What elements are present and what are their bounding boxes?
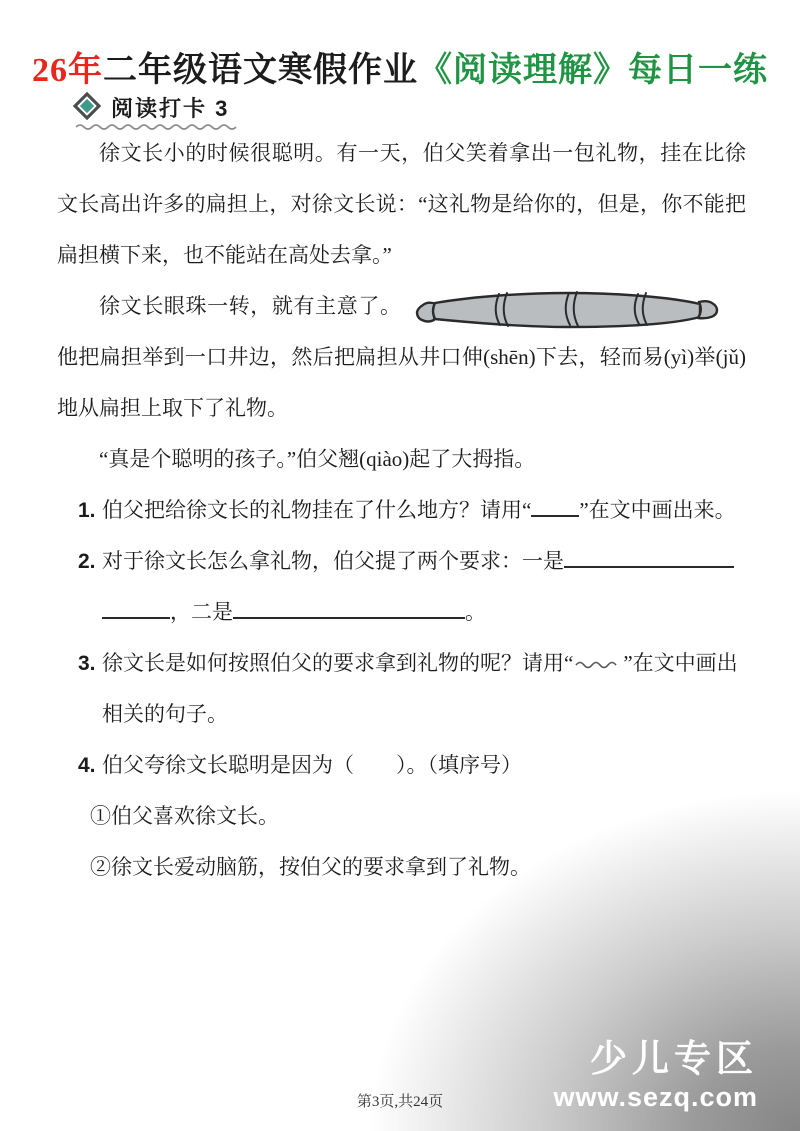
question-2-blank-3 bbox=[233, 595, 465, 619]
question-2: 2.对于徐文长怎么拿礼物，伯父提了两个要求：一是，二是。 bbox=[57, 536, 746, 638]
question-4-option-2: ②徐文长爱动脑筋，按伯父的要求拿到了礼物。 bbox=[90, 842, 746, 893]
question-2-text-end: 。 bbox=[465, 600, 486, 624]
question-1-blank-line bbox=[531, 493, 579, 517]
question-2-text-mid: ，二是 bbox=[170, 600, 233, 624]
title-book: 《阅读理解》 bbox=[418, 52, 628, 89]
question-1: 1.伯父把给徐文长的礼物挂在了什么地方？请用“”在文中画出来。 bbox=[57, 485, 746, 536]
question-4-option-1: ①伯父喜欢徐文长。 bbox=[90, 791, 746, 842]
question-1-number: 1. bbox=[78, 485, 96, 536]
page-number: 第3页,共24页 bbox=[0, 1090, 800, 1111]
section-header: 阅读打卡 3 bbox=[75, 92, 229, 132]
title-year: 26年 bbox=[32, 52, 103, 89]
question-2-number: 2. bbox=[78, 536, 96, 587]
passage-paragraph-1: 徐文长小的时候很聪明。有一天，伯父笑着拿出一包礼物，挂在比徐文长高出许多的扁担上… bbox=[57, 128, 746, 281]
watermark-brand: 少儿专区 bbox=[553, 1037, 758, 1081]
question-4: 4.伯父夸徐文长聪明是因为（ ）。（填序号） bbox=[57, 740, 746, 791]
passage-paragraph-3: “真是个聪明的孩子。”伯父翘(qiào)起了大拇指。 bbox=[57, 434, 746, 485]
question-1-text-end: ”在文中画出来。 bbox=[579, 498, 735, 522]
page-title: 26年二年级语文寒假作业《阅读理解》每日一练 bbox=[0, 47, 800, 95]
shoulder-pole-illustration bbox=[401, 287, 746, 331]
title-main: 二年级语文寒假作业 bbox=[103, 52, 418, 89]
question-3-number: 3. bbox=[78, 638, 96, 689]
question-1-text: 伯父把给徐文长的礼物挂在了什么地方？请用“ bbox=[102, 498, 531, 522]
question-3-wavy-line bbox=[575, 660, 621, 670]
question-2-blank-1 bbox=[564, 544, 734, 568]
question-2-text: 对于徐文长怎么拿礼物，伯父提了两个要求：一是 bbox=[102, 549, 564, 573]
question-3: 3.徐文长是如何按照伯父的要求拿到礼物的呢？请用“ ”在文中画出相关的句子。 bbox=[57, 638, 746, 740]
diamond-icon bbox=[73, 91, 101, 119]
content-column: 徐文长小的时候很聪明。有一天，伯父笑着拿出一包礼物，挂在比徐文长高出许多的扁担上… bbox=[57, 128, 746, 893]
worksheet-page: 26年二年级语文寒假作业《阅读理解》每日一练 阅读打卡 3 徐文长小的时候很聪明… bbox=[0, 0, 800, 1131]
question-3-text: 徐文长是如何按照伯父的要求拿到礼物的呢？请用“ bbox=[102, 651, 573, 675]
section-label: 阅读打卡 3 bbox=[111, 96, 229, 121]
question-4-text: 伯父夸徐文长聪明是因为（ ）。（填序号） bbox=[102, 753, 522, 777]
question-4-number: 4. bbox=[78, 740, 96, 791]
question-2-blank-2 bbox=[102, 595, 170, 619]
passage-paragraph-2: 徐文长眼珠一转，就有主意了。他把扁担举到一口井边，然后把扁担从井口伸(shēn)… bbox=[57, 281, 746, 434]
title-tail: 每日一练 bbox=[628, 52, 768, 89]
